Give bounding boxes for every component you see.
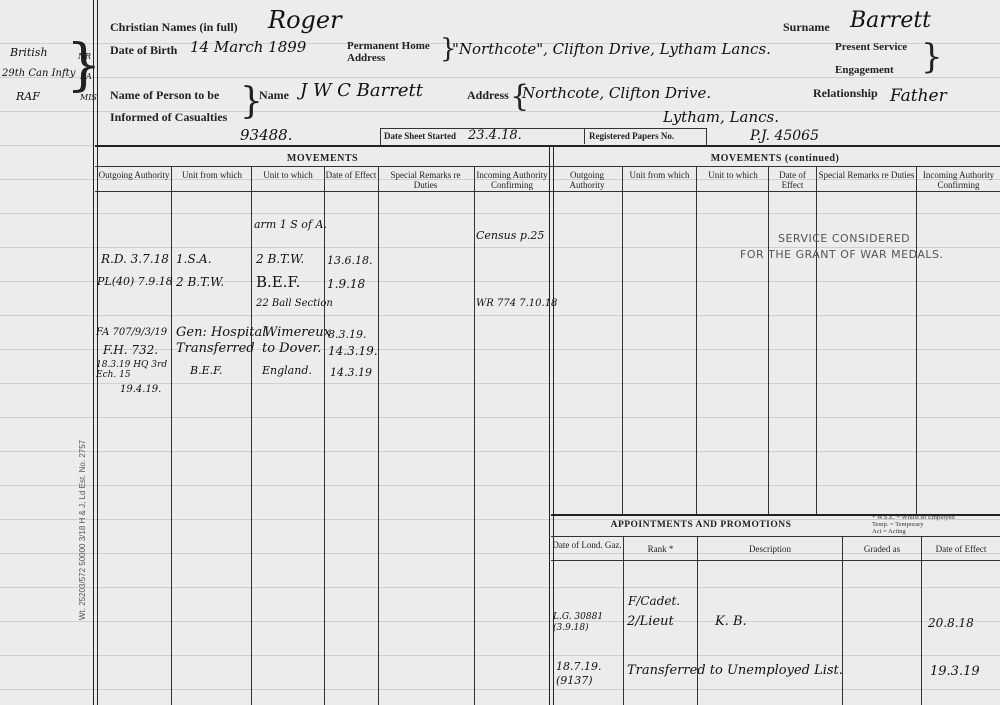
movement-to-r6: England. (262, 364, 312, 377)
col-description: Description (698, 544, 842, 554)
cont-col-divider (696, 166, 697, 514)
margin-note-nationality: British (10, 46, 48, 59)
movement-to-r4: Wimereux (264, 325, 331, 340)
service-number: 93488. (240, 126, 293, 144)
registered-papers-label: Registered Papers No. (589, 131, 674, 141)
movement-from-r2: 2 B.T.W. (176, 275, 224, 289)
movement-date-r4: 8.3.19. (328, 328, 366, 341)
cont-col-unit-from: Unit from which (623, 170, 696, 180)
movement-outgoing-r6: 18.3.19 HQ 3rd Ech. 15 (96, 360, 170, 380)
surname-value: Barrett (850, 8, 931, 33)
movement-to-r3: 22 Ball Section (256, 298, 333, 309)
appt-col-divider (623, 536, 624, 705)
appt-col-divider (921, 536, 922, 705)
surname-label: Surname (783, 20, 830, 35)
name-value: J W C Barrett (300, 80, 423, 101)
movement-date-r5: 14.3.19. (328, 344, 378, 358)
movement-to-r5: to Dover. (262, 341, 321, 356)
movements-title-rule (95, 166, 1000, 167)
appointments-legend: * W.S.E. = Whilst so Employed Temp. = Te… (872, 514, 955, 535)
movement-from-r5: Transferred (176, 341, 255, 356)
war-medals-stamp-line-1: SERVICE CONSIDERED (778, 232, 910, 245)
date-sheet-started-label: Date Sheet Started (384, 131, 456, 141)
col-unit-from: Unit from which (172, 170, 252, 180)
printer-mark: Wt. 25203/572 50000 3/18 H & J, Ld Est. … (78, 440, 87, 620)
col-outgoing-authority: Outgoing Authority (98, 170, 170, 180)
appt-col-divider (842, 536, 843, 705)
cont-col-incoming-authority: Incoming Authority Confirming (917, 170, 1000, 190)
movement-from-r4: Gen: Hospital (176, 325, 266, 340)
cont-col-divider (768, 166, 769, 514)
name-label: Name (259, 88, 289, 103)
present-service-brace: } (921, 38, 943, 76)
appt-rank-r0: F/Cadet. (628, 594, 680, 608)
address-value-1: Northcote, Clifton Drive. (522, 84, 711, 102)
movement-outgoing-r2: PL(40) 7.9.18 (97, 275, 173, 288)
margin-note-unit: 29th Can Infty (2, 68, 75, 79)
dob-label: Date of Birth (110, 43, 177, 58)
christian-names-label: Christian Names (in full) (110, 20, 238, 35)
appt-effect-r2: 19.3.19 (930, 664, 980, 679)
appt-description-r1: K. B. (715, 614, 747, 629)
appt-rank-r2: Transferred to Unemployed List. (627, 663, 843, 678)
movement-date-r2: 1.9.18 (327, 277, 365, 291)
present-service-label-2: Engagement (835, 64, 894, 76)
movement-from-r6: B.E.F. (190, 364, 223, 377)
war-medals-stamp-line-2: FOR THE GRANT OF WAR MEDALS. (740, 248, 944, 261)
col-date-of-effect: Date of Effect (325, 170, 377, 180)
appt-effect-r1: 20.8.18 (928, 616, 974, 630)
home-address-value: "Northcote", Clifton Drive, Lytham Lancs… (452, 40, 771, 58)
col-divider (378, 166, 379, 705)
appt-rank-r1: 2/Lieut (627, 614, 674, 629)
movement-from-r1: 1.S.A. (176, 252, 212, 266)
informed-label-2: Informed of Casualties (110, 110, 227, 125)
address-value-2: Lytham, Lancs. (663, 108, 779, 126)
movements-continued-title: MOVEMENTS (continued) (550, 153, 1000, 164)
col-rank: Rank * (624, 544, 697, 554)
movements-title: MOVEMENTS (95, 153, 550, 164)
address-label: Address (467, 88, 509, 103)
cont-col-divider (916, 166, 917, 514)
appt-col-divider (697, 536, 698, 705)
movement-to-r0: arm 1 S of A. (254, 218, 327, 231)
col-special-remarks: Special Remarks re Duties (378, 170, 473, 190)
present-service-label-1: Present Service (835, 41, 907, 53)
relationship-value: Father (890, 86, 947, 106)
col-date-of-effect-appt: Date of Effect (922, 544, 1000, 554)
col-divider (171, 166, 172, 705)
cont-col-divider (622, 166, 623, 514)
appt-gazette-r1: L.G. 30881 (3.9.18) (553, 612, 623, 634)
movement-incoming-r0: Census p.25 (476, 229, 544, 242)
movement-incoming-r3: WR 774 7.10.18 (476, 298, 557, 309)
cont-col-date-of-effect: Date of Effect (769, 170, 816, 190)
appointments-title: APPOINTMENTS AND PROMOTIONS (551, 520, 851, 530)
date-sheet-started-value: 23.4.18. (468, 128, 522, 143)
movement-to-r2: B.E.F. (256, 273, 300, 291)
relationship-label: Relationship (813, 86, 878, 101)
column-header-rule (95, 191, 1000, 192)
movement-date-r1: 13.6.18. (327, 254, 372, 267)
header-divider (95, 145, 1000, 147)
col-divider (324, 166, 325, 705)
cont-col-divider (816, 166, 817, 514)
home-address-label-2: Address (347, 52, 385, 64)
appt-gazette-r2: 18.7.19. (9137) (556, 660, 616, 688)
margin-code-1: NR (78, 52, 91, 61)
col-graded-as: Graded as (843, 544, 921, 554)
movement-date-r6: 14.3.19 (330, 366, 372, 379)
movement-outgoing-r4: FA 707/9/3/19 (96, 327, 167, 338)
movement-outgoing-r1: R.D. 3.7.18 (101, 252, 169, 266)
movement-outgoing-r5: F.H. 732. (103, 343, 158, 357)
registered-papers-value: P.J. 45065 (750, 128, 819, 144)
col-date-lond-gaz: Date of Lond. Gaz. (552, 540, 622, 550)
christian-names-value: Roger (268, 6, 342, 34)
col-incoming-authority: Incoming Authority Confirming (474, 170, 550, 190)
margin-code-2: RA (80, 72, 92, 81)
col-divider (251, 166, 252, 705)
col-unit-to: Unit to which (252, 170, 324, 180)
left-border (93, 0, 98, 705)
cont-col-special-remarks: Special Remarks re Duties (817, 170, 916, 180)
appointments-header-rule (551, 560, 1000, 561)
dob-value: 14 March 1899 (190, 38, 306, 56)
informed-label-1: Name of Person to be (110, 88, 219, 103)
cont-col-unit-to: Unit to which (697, 170, 769, 180)
appointments-title-rule (551, 536, 1000, 537)
col-divider (474, 166, 475, 705)
home-address-label-1: Permanent Home (347, 40, 430, 52)
date-box-divider (584, 128, 585, 144)
cont-col-outgoing-authority: Outgoing Authority (552, 170, 622, 190)
movement-to-r1: 2 B.T.W. (256, 252, 304, 266)
margin-note-raf: RAF (16, 90, 40, 103)
movement-outgoing-r7: 19.4.19. (120, 384, 161, 395)
